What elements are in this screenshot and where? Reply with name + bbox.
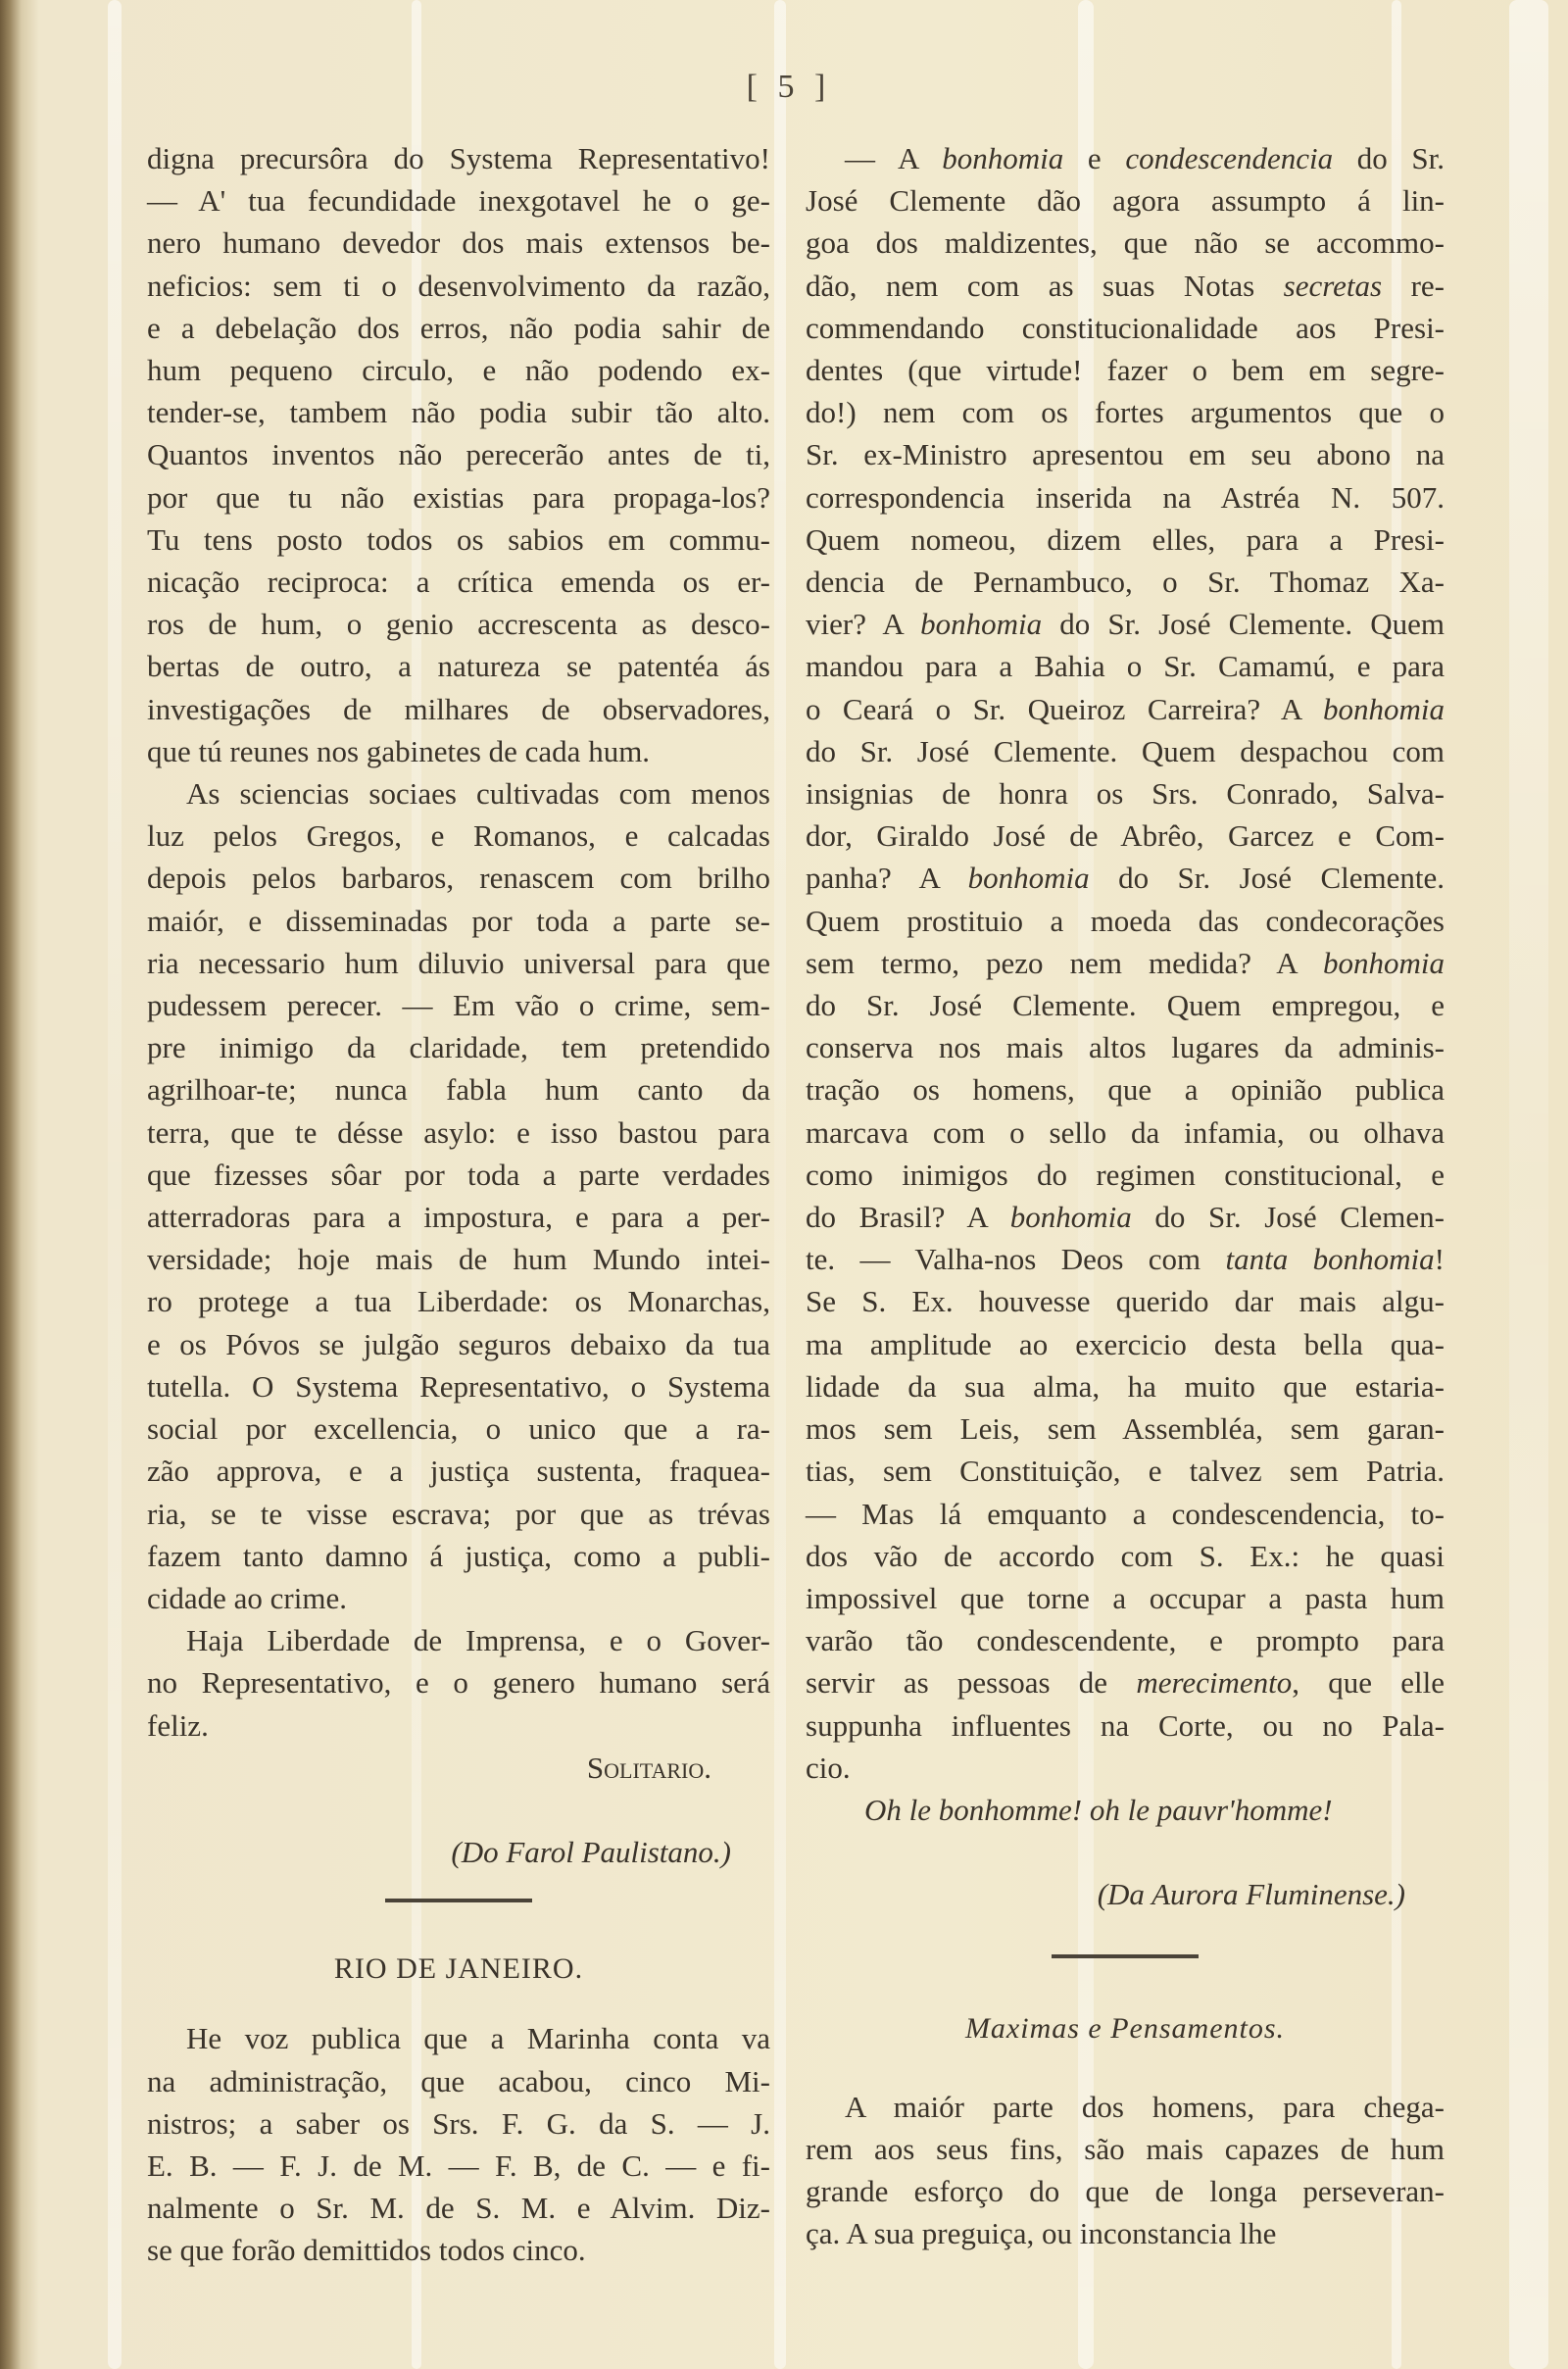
text-line: correspondencia inserida na Astréa N. 50… <box>806 476 1445 518</box>
text-line: lidade da sua alma, ha muito que estaria… <box>806 1365 1445 1407</box>
text-line: ma amplitude ao exercicio desta bella qu… <box>806 1323 1445 1365</box>
text-line: do Sr. José Clemente. Quem despachou com <box>806 730 1445 772</box>
text-line: Quantos inventos não perecerão antes de … <box>147 433 770 475</box>
text-line: no Representativo, e o genero humano ser… <box>147 1661 770 1703</box>
text-line: nistros; a saber os Srs. F. G. da S. — J… <box>147 2102 770 2145</box>
text-line: depois pelos barbaros, renascem com bril… <box>147 857 770 899</box>
text-line: A maiór parte dos homens, para chega- <box>806 2086 1445 2128</box>
text-line: tutella. O Systema Representativo, o Sys… <box>147 1365 770 1407</box>
text-line: insignias de honra os Srs. Conrado, Salv… <box>806 772 1445 814</box>
text-line: sem termo, pezo nem medida? A bonhomia <box>806 942 1445 984</box>
text-line: grande esforço do que de longa persevera… <box>806 2170 1445 2212</box>
text-line: dos vão de accordo com S. Ex.: he quasi <box>806 1535 1445 1577</box>
text-line: — Mas lá emquanto a condescendencia, to- <box>806 1493 1445 1535</box>
text-line: vier? A bonhomia do Sr. José Clemente. Q… <box>806 603 1445 645</box>
article-liberty-of-press: digna precursôra do Systema Representati… <box>147 137 770 772</box>
text-line: que tú reunes nos gabinetes de cada hum. <box>147 730 770 772</box>
text-line: Sr. ex-Ministro apresentou em seu abono … <box>806 433 1445 475</box>
right-column: — A bonhomia e condescendencia do Sr.Jos… <box>806 137 1445 2254</box>
text-line: o Ceará o Sr. Queiroz Carreira? A bonhom… <box>806 688 1445 730</box>
text-line: e a debelação dos erros, não podia sahir… <box>147 307 770 349</box>
text-line: agrilhoar-te; nunca fabla hum canto da <box>147 1068 770 1110</box>
text-line: suppunha influentes na Corte, ou no Pala… <box>806 1704 1445 1747</box>
text-line: atterradoras para a impostura, e para a … <box>147 1196 770 1238</box>
text-line: por que tu não existias para propaga-los… <box>147 476 770 518</box>
text-line: feliz. <box>147 1704 770 1747</box>
text-line: As sciencias sociaes cultivadas com meno… <box>147 772 770 814</box>
article-exclamation: Oh le bonhomme! oh le pauvr'homme! <box>806 1789 1445 1831</box>
text-line: que fizesses sôar por toda a parte verda… <box>147 1154 770 1196</box>
text-line: do Brasil? A bonhomia do Sr. José Clemen… <box>806 1196 1445 1238</box>
text-line: E. B. — F. J. de M. — F. B, de C. — e fi… <box>147 2145 770 2187</box>
article-signature: Solitario. <box>147 1747 770 1789</box>
text-line: e os Póvos se julgão seguros debaixo da … <box>147 1323 770 1365</box>
text-line: ro protege a tua Liberdade: os Monarchas… <box>147 1280 770 1322</box>
text-line: na administração, que acabou, cinco Mi- <box>147 2060 770 2102</box>
text-line: tração os homens, que a opinião publica <box>806 1068 1445 1110</box>
text-line: social por excellencia, o unico que a ra… <box>147 1407 770 1450</box>
text-line: dão, nem com as suas Notas secretas re- <box>806 265 1445 307</box>
text-line: dentes (que virtude! fazer o bem em segr… <box>806 349 1445 391</box>
text-line: marcava com o sello da infamia, ou olhav… <box>806 1111 1445 1154</box>
text-line: cidade ao crime. <box>147 1577 770 1619</box>
text-line: tias, sem Constituição, e talvez sem Pat… <box>806 1450 1445 1492</box>
text-line: do!) nem com os fortes argumentos que o <box>806 391 1445 433</box>
text-line: dor, Giraldo José de Abrêo, Garcez e Com… <box>806 814 1445 857</box>
text-line: Quem prostituio a moeda das condecoraçõe… <box>806 900 1445 942</box>
text-line: mandou para a Bahia o Sr. Camamú, e para <box>806 645 1445 687</box>
text-line: hum pequeno circulo, e não podendo ex- <box>147 349 770 391</box>
text-line: do Sr. José Clemente. Quem empregou, e <box>806 984 1445 1026</box>
text-line: nicação reciproca: a crítica emenda os e… <box>147 561 770 603</box>
text-line: ça. A sua preguiça, ou inconstancia lhe <box>806 2212 1445 2254</box>
text-line: mos sem Leis, sem Assembléa, sem garan- <box>806 1407 1445 1450</box>
text-line: varão tão condescendente, e prompto para <box>806 1619 1445 1661</box>
text-line: digna precursôra do Systema Representati… <box>147 137 770 179</box>
section-divider <box>1052 1954 1199 1958</box>
text-line: nero humano devedor dos mais extensos be… <box>147 222 770 264</box>
article-bonhomia: — A bonhomia e condescendencia do Sr.Jos… <box>806 137 1445 1789</box>
paper-stain <box>1509 0 1548 2369</box>
text-line: Quem nomeou, dizem elles, para a Presi- <box>806 518 1445 561</box>
text-line: Tu tens posto todos os sabios em commu- <box>147 518 770 561</box>
text-line: se que forão demittidos todos cinco. <box>147 2229 770 2271</box>
article-maximas: A maiór parte dos homens, para chega-rem… <box>806 2086 1445 2255</box>
paper-stain <box>774 0 786 2369</box>
text-line: neficios: sem ti o desenvolvimento da ra… <box>147 265 770 307</box>
text-line: fazem tanto damno á justiça, como a publ… <box>147 1535 770 1577</box>
text-line: impossivel que torne a occupar a pasta h… <box>806 1577 1445 1619</box>
text-line: — A bonhomia e condescendencia do Sr. <box>806 137 1445 179</box>
article-source: (Da Aurora Fluminense.) <box>806 1873 1445 1915</box>
article-paragraph: As sciencias sociaes cultivadas com meno… <box>147 772 770 1619</box>
text-line: Se S. Ex. houvesse querido dar mais algu… <box>806 1280 1445 1322</box>
left-column: digna precursôra do Systema Representati… <box>147 137 770 2272</box>
text-line: Haja Liberdade de Imprensa, e o Gover- <box>147 1619 770 1661</box>
newspaper-page: [ 5 ] digna precursôra do Systema Repres… <box>0 0 1568 2369</box>
text-line: versidade; hoje mais de hum Mundo intei- <box>147 1238 770 1280</box>
section-heading: Maximas e Pensamentos. <box>806 2007 1445 2049</box>
text-line: panha? A bonhomia do Sr. José Clemente. <box>806 857 1445 899</box>
text-line: dencia de Pernambuco, o Sr. Thomaz Xa- <box>806 561 1445 603</box>
text-line: conserva nos mais altos lugares da admin… <box>806 1026 1445 1068</box>
text-line: ria necessario hum diluvio universal par… <box>147 942 770 984</box>
text-line: He voz publica que a Marinha conta va <box>147 2017 770 2059</box>
text-line: servir as pessoas de merecimento, que el… <box>806 1661 1445 1703</box>
text-line: bertas de outro, a natureza se patentéa … <box>147 645 770 687</box>
text-line: rem aos seus fins, são mais capazes de h… <box>806 2128 1445 2170</box>
text-line: como inimigos do regimen constitucional,… <box>806 1154 1445 1196</box>
text-line: ros de hum, o genio accrescenta as desco… <box>147 603 770 645</box>
article-rio-de-janeiro: He voz publica que a Marinha conta vana … <box>147 2017 770 2271</box>
section-heading: RIO DE JANEIRO. <box>147 1948 770 1990</box>
text-line: commendando constitucionalidade aos Pres… <box>806 307 1445 349</box>
text-line: te. — Valha-nos Deos com tanta bonhomia! <box>806 1238 1445 1280</box>
text-line: cio. <box>806 1747 1445 1789</box>
paper-stain <box>108 0 122 2369</box>
section-divider <box>385 1899 532 1902</box>
text-line: goa dos maldizentes, que não se accommo- <box>806 222 1445 264</box>
text-line: investigações de milhares de observadore… <box>147 688 770 730</box>
article-paragraph: Haja Liberdade de Imprensa, e o Gover-no… <box>147 1619 770 1747</box>
text-line: maiór, e disseminadas por toda a parte s… <box>147 900 770 942</box>
article-source: (Do Farol Paulistano.) <box>147 1831 770 1873</box>
text-line: ria, se te visse escrava; por que as tré… <box>147 1493 770 1535</box>
text-line: nalmente o Sr. M. de S. M. e Alvim. Diz- <box>147 2187 770 2229</box>
text-line: tender-se, tambem não podia subir tão al… <box>147 391 770 433</box>
text-line: José Clemente dão agora assumpto á lin- <box>806 179 1445 222</box>
text-line: luz pelos Gregos, e Romanos, e calcadas <box>147 814 770 857</box>
text-line: pudessem perecer. — Em vão o crime, sem- <box>147 984 770 1026</box>
text-line: zão approva, e a justiça sustenta, fraqu… <box>147 1450 770 1492</box>
page-number: [ 5 ] <box>740 69 838 106</box>
text-line: terra, que te désse asylo: e isso bastou… <box>147 1111 770 1154</box>
text-line: pre inimigo da claridade, tem pretendido <box>147 1026 770 1068</box>
text-line: — A' tua fecundidade inexgotavel he o ge… <box>147 179 770 222</box>
